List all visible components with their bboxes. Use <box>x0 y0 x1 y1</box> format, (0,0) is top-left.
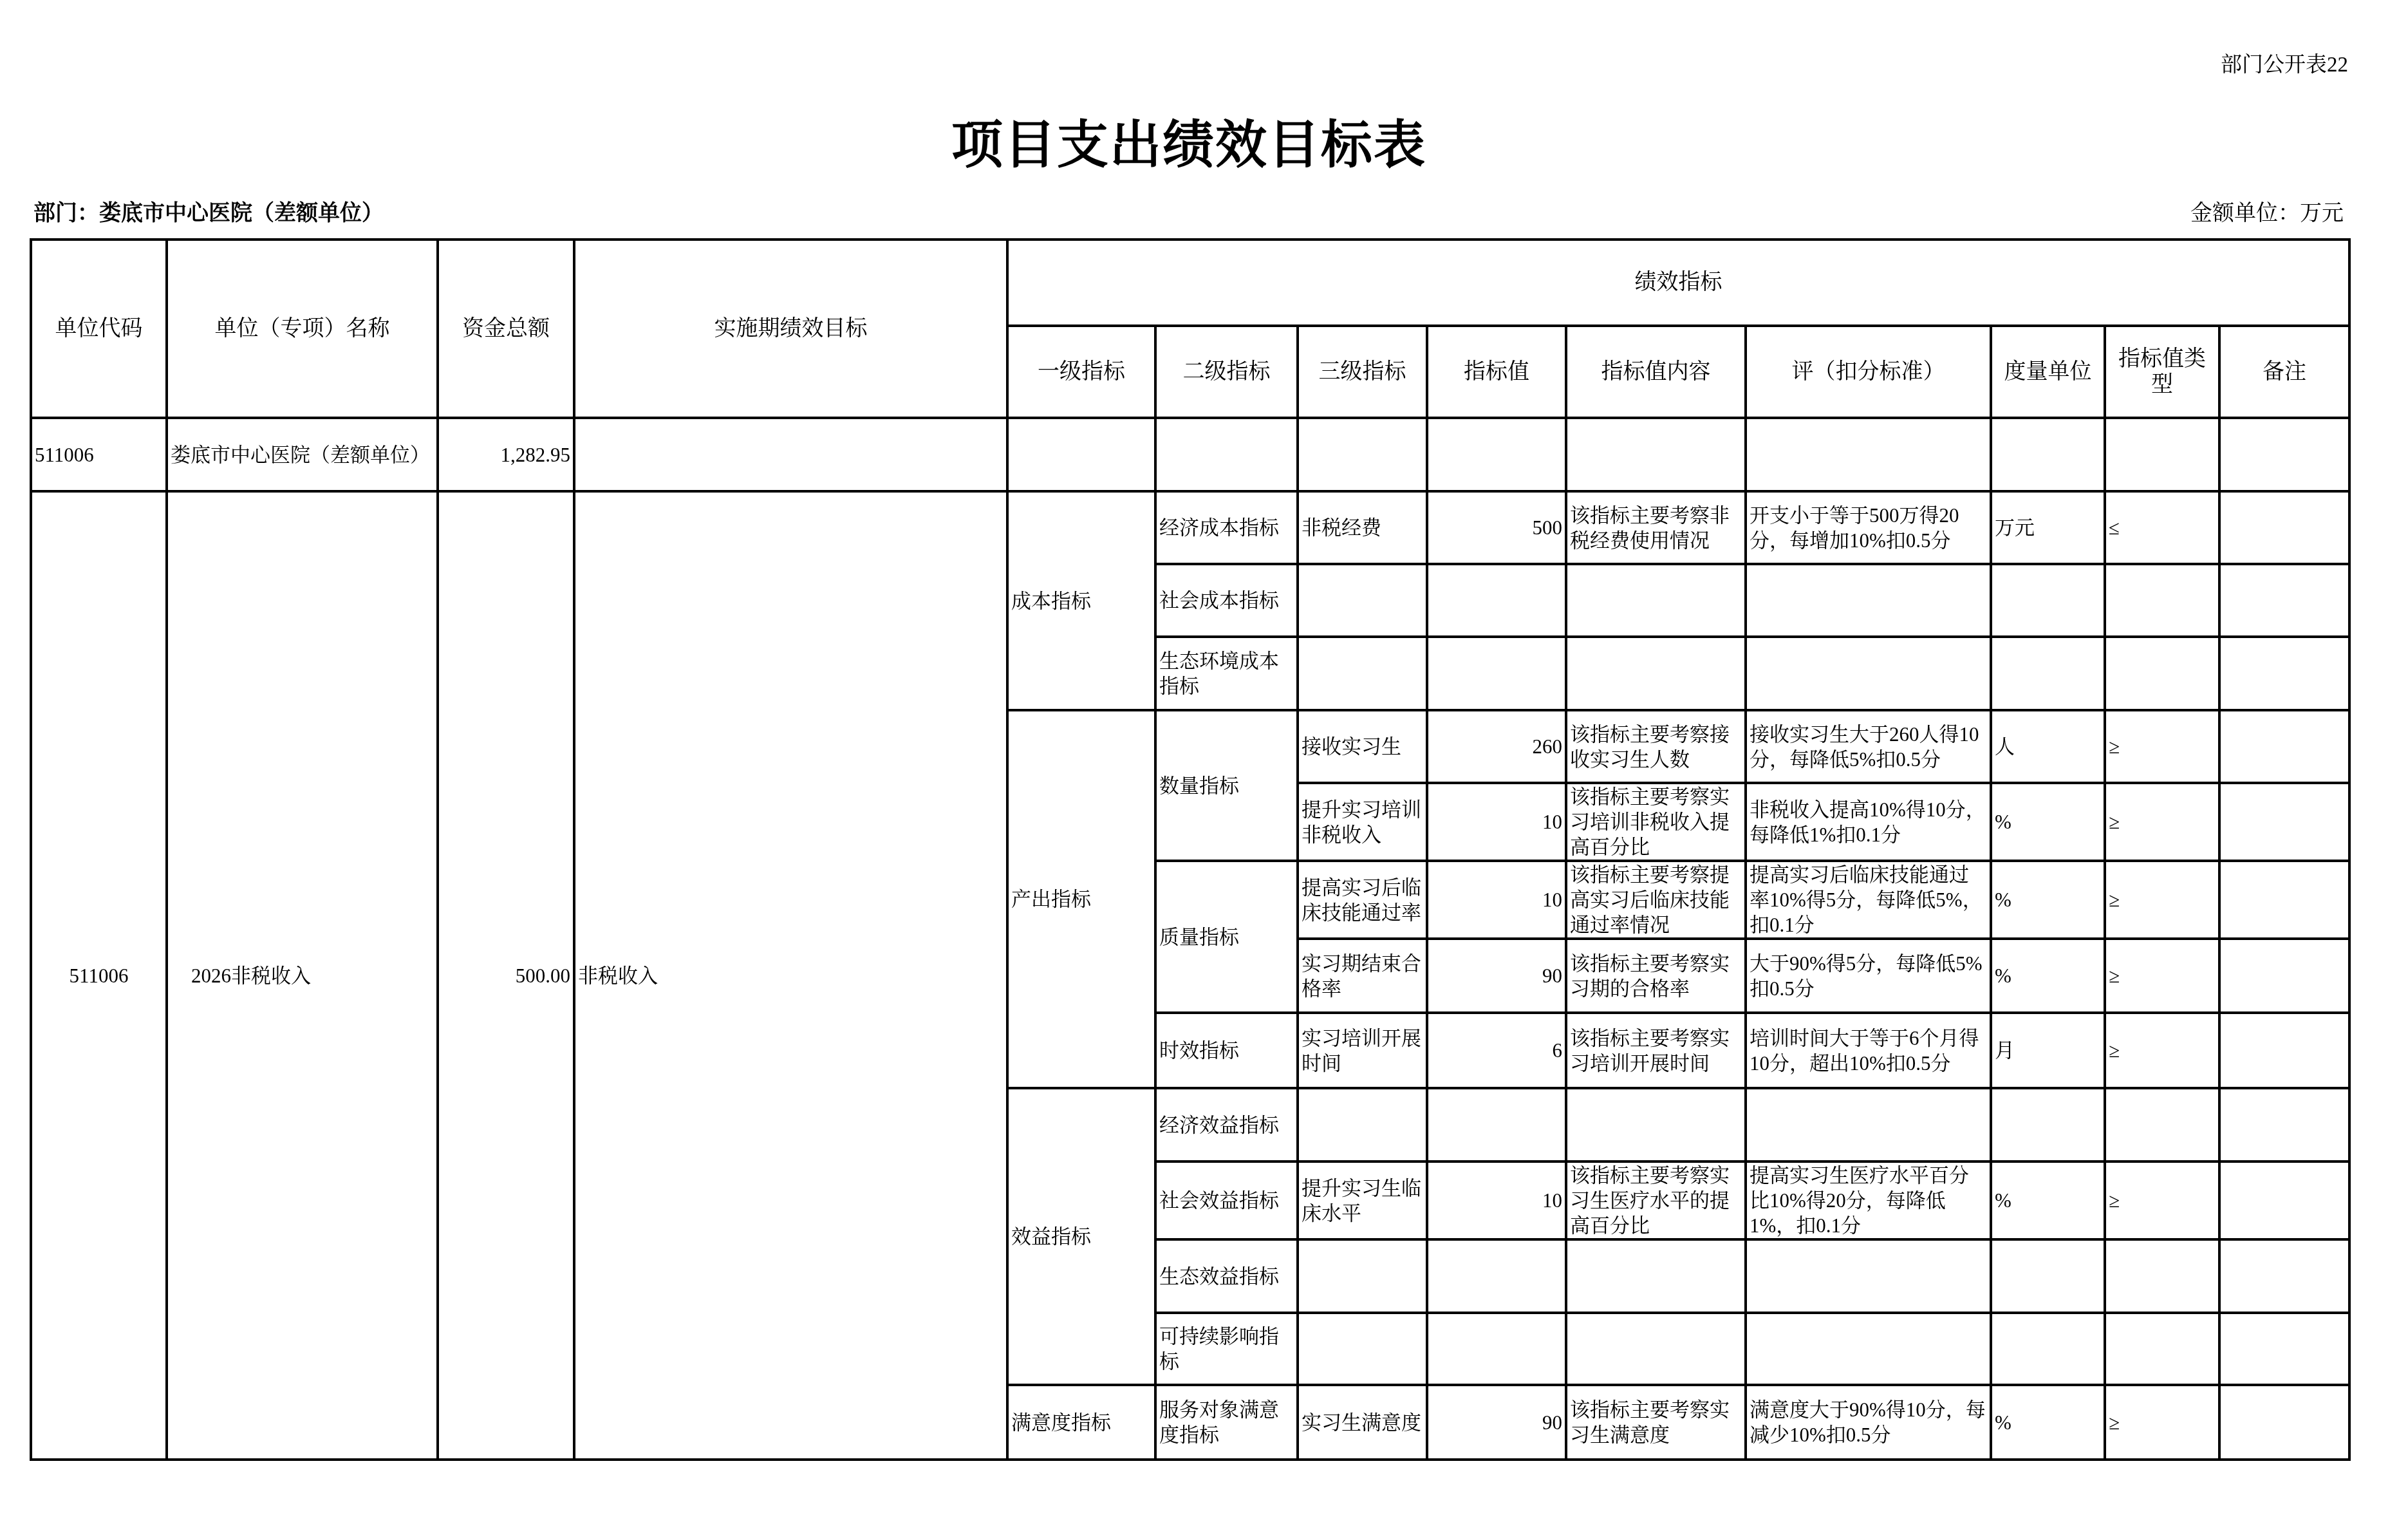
indicator-value: 10 <box>1427 861 1566 939</box>
summary-unit-name: 娄底市中心医院（差额单位） <box>167 418 438 491</box>
table-row: 511006 2026非税收入 500.00 非税收入 成本指标 经济成本指标 … <box>31 491 2349 564</box>
col-header-unit-code: 单位代码 <box>31 240 167 418</box>
indicator-content: 该指标主要考察接收实习生人数 <box>1566 710 1746 783</box>
level2-timeliness: 时效指标 <box>1155 1013 1298 1088</box>
indicator-value <box>1427 1239 1566 1313</box>
scoring-standard <box>1746 1088 1991 1162</box>
summary-empty-cell <box>1427 418 1566 491</box>
measure-unit: % <box>1991 939 2105 1013</box>
scoring-standard: 大于90%得5分，每降低5%扣0.5分 <box>1746 939 1991 1013</box>
level1-satisfaction: 满意度指标 <box>1007 1385 1155 1460</box>
project-name: 2026非税收入 <box>167 491 438 1460</box>
performance-table: 单位代码 单位（专项）名称 资金总额 实施期绩效目标 绩效指标 一级指标 二级指… <box>30 238 2351 1461</box>
scoring-standard <box>1746 1239 1991 1313</box>
measure-unit <box>1991 637 2105 710</box>
level2-sustainability: 可持续影响指标 <box>1155 1313 1298 1385</box>
value-type <box>2105 564 2219 637</box>
value-type: ≥ <box>2105 861 2219 939</box>
value-type: ≥ <box>2105 1162 2219 1239</box>
scoring-standard <box>1746 1313 1991 1385</box>
scoring-standard: 满意度大于90%得10分，每减少10%扣0.5分 <box>1746 1385 1991 1460</box>
project-period-goal: 非税收入 <box>574 491 1007 1460</box>
indicator-value <box>1427 1088 1566 1162</box>
summary-empty-cell <box>1566 418 1746 491</box>
col-header-indicator-value: 指标值 <box>1427 326 1566 418</box>
indicator-value: 10 <box>1427 1162 1566 1239</box>
col-header-measure-unit: 度量单位 <box>1991 326 2105 418</box>
level2-service-satisfaction: 服务对象满意度指标 <box>1155 1385 1298 1460</box>
scoring-standard <box>1746 637 1991 710</box>
measure-unit <box>1991 564 2105 637</box>
level2-ecological-cost: 生态环境成本指标 <box>1155 637 1298 710</box>
col-header-period-goal: 实施期绩效目标 <box>574 240 1007 418</box>
measure-unit <box>1991 1239 2105 1313</box>
scoring-standard: 开支小于等于500万得20分，每增加10%扣0.5分 <box>1746 491 1991 564</box>
level3-cell: 接收实习生 <box>1298 710 1427 783</box>
indicator-content: 该指标主要考察实习生满意度 <box>1566 1385 1746 1460</box>
indicator-content: 该指标主要考察实习培训开展时间 <box>1566 1013 1746 1088</box>
col-header-level2: 二级指标 <box>1155 326 1298 418</box>
level3-cell: 提高实习后临床技能通过率 <box>1298 861 1427 939</box>
summary-empty-cell <box>2219 418 2349 491</box>
level3-cell <box>1298 1239 1427 1313</box>
indicator-content <box>1566 564 1746 637</box>
level2-quality: 质量指标 <box>1155 861 1298 1013</box>
summary-period-goal <box>574 418 1007 491</box>
indicator-value: 10 <box>1427 783 1566 861</box>
level3-cell: 提升实习生临床水平 <box>1298 1162 1427 1239</box>
remarks <box>2219 861 2349 939</box>
value-type <box>2105 1088 2219 1162</box>
summary-unit-code: 511006 <box>31 418 167 491</box>
measure-unit: % <box>1991 1162 2105 1239</box>
col-header-indicator-content: 指标值内容 <box>1566 326 1746 418</box>
indicator-content: 该指标主要考察实习培训非税收入提高百分比 <box>1566 783 1746 861</box>
col-header-level1: 一级指标 <box>1007 326 1155 418</box>
col-header-level3: 三级指标 <box>1298 326 1427 418</box>
remarks <box>2219 1385 2349 1460</box>
indicator-content: 该指标主要考察实习期的合格率 <box>1566 939 1746 1013</box>
remarks <box>2219 1088 2349 1162</box>
value-type: ≥ <box>2105 783 2219 861</box>
indicator-value: 500 <box>1427 491 1566 564</box>
remarks <box>2219 1013 2349 1088</box>
value-type <box>2105 1313 2219 1385</box>
indicator-value: 90 <box>1427 939 1566 1013</box>
indicator-content <box>1566 1239 1746 1313</box>
col-header-scoring: 评（扣分标准） <box>1746 326 1991 418</box>
scoring-standard <box>1746 564 1991 637</box>
scoring-standard: 非税收入提高10%得10分，每降低1%扣0.1分 <box>1746 783 1991 861</box>
col-header-total-funds: 资金总额 <box>438 240 574 418</box>
measure-unit: 月 <box>1991 1013 2105 1088</box>
value-type: ≤ <box>2105 491 2219 564</box>
amount-unit-label: 金额单位：万元 <box>2190 195 2344 227</box>
indicator-value <box>1427 637 1566 710</box>
level2-social-benefit: 社会效益指标 <box>1155 1162 1298 1239</box>
measure-unit <box>1991 1088 2105 1162</box>
measure-unit: % <box>1991 861 2105 939</box>
measure-unit: 万元 <box>1991 491 2105 564</box>
level3-cell <box>1298 564 1427 637</box>
value-type <box>2105 637 2219 710</box>
summary-empty-cell <box>1746 418 1991 491</box>
col-header-remarks: 备注 <box>2219 326 2349 418</box>
level2-economic-benefit: 经济效益指标 <box>1155 1088 1298 1162</box>
indicator-value: 90 <box>1427 1385 1566 1460</box>
scoring-standard: 提高实习后临床技能通过率10%得5分，每降低5%，扣0.1分 <box>1746 861 1991 939</box>
value-type: ≥ <box>2105 710 2219 783</box>
measure-unit: % <box>1991 1385 2105 1460</box>
measure-unit: 人 <box>1991 710 2105 783</box>
remarks <box>2219 1162 2349 1239</box>
level1-cost: 成本指标 <box>1007 491 1155 710</box>
level2-economic-cost: 经济成本指标 <box>1155 491 1298 564</box>
project-unit-code: 511006 <box>31 491 167 1460</box>
level3-cell: 实习期结束合格率 <box>1298 939 1427 1013</box>
scoring-standard: 培训时间大于等于6个月得10分，超出10%扣0.5分 <box>1746 1013 1991 1088</box>
remarks <box>2219 564 2349 637</box>
remarks <box>2219 1313 2349 1385</box>
summary-empty-cell <box>2105 418 2219 491</box>
summary-empty-cell <box>1155 418 1298 491</box>
scoring-standard: 提高实习生医疗水平百分比10%得20分，每降低1%，扣0.1分 <box>1746 1162 1991 1239</box>
indicator-content <box>1566 637 1746 710</box>
col-header-performance-indicators: 绩效指标 <box>1007 240 2349 326</box>
measure-unit <box>1991 1313 2105 1385</box>
measure-unit: % <box>1991 783 2105 861</box>
remarks <box>2219 637 2349 710</box>
remarks <box>2219 783 2349 861</box>
level2-ecological-benefit: 生态效益指标 <box>1155 1239 1298 1313</box>
indicator-content <box>1566 1313 1746 1385</box>
indicator-value: 260 <box>1427 710 1566 783</box>
level1-benefit: 效益指标 <box>1007 1088 1155 1385</box>
value-type: ≥ <box>2105 1013 2219 1088</box>
level3-cell <box>1298 1313 1427 1385</box>
indicator-content: 该指标主要考察提高实习后临床技能通过率情况 <box>1566 861 1746 939</box>
indicator-value <box>1427 1313 1566 1385</box>
summary-empty-cell <box>1298 418 1427 491</box>
level3-cell <box>1298 1088 1427 1162</box>
scoring-standard: 接收实习生大于260人得10分，每降低5%扣0.5分 <box>1746 710 1991 783</box>
col-header-value-type: 指标值类型 <box>2105 326 2219 418</box>
value-type <box>2105 1239 2219 1313</box>
level3-cell: 实习生满意度 <box>1298 1385 1427 1460</box>
remarks <box>2219 491 2349 564</box>
project-total-funds: 500.00 <box>438 491 574 1460</box>
summary-total-funds: 1,282.95 <box>438 418 574 491</box>
level3-cell: 非税经费 <box>1298 491 1427 564</box>
indicator-content: 该指标主要考察非税经费使用情况 <box>1566 491 1746 564</box>
summary-empty-cell <box>1991 418 2105 491</box>
value-type: ≥ <box>2105 1385 2219 1460</box>
level1-output: 产出指标 <box>1007 710 1155 1088</box>
level2-quantity: 数量指标 <box>1155 710 1298 861</box>
value-type: ≥ <box>2105 939 2219 1013</box>
department-label: 部门：娄底市中心医院（差额单位） <box>33 195 384 227</box>
remarks <box>2219 710 2349 783</box>
level2-social-cost: 社会成本指标 <box>1155 564 1298 637</box>
level3-cell: 实习培训开展时间 <box>1298 1013 1427 1088</box>
indicator-content <box>1566 1088 1746 1162</box>
page-title: 项目支出绩效目标表 <box>0 103 2378 177</box>
indicator-value: 6 <box>1427 1013 1566 1088</box>
level3-cell: 提升实习培训非税收入 <box>1298 783 1427 861</box>
remarks <box>2219 939 2349 1013</box>
indicator-content: 该指标主要考察实习生医疗水平的提高百分比 <box>1566 1162 1746 1239</box>
col-header-unit-name: 单位（专项）名称 <box>167 240 438 418</box>
form-number: 部门公开表22 <box>2221 48 2348 78</box>
level3-cell <box>1298 637 1427 710</box>
summary-empty-cell <box>1007 418 1155 491</box>
indicator-value <box>1427 564 1566 637</box>
summary-row: 511006 娄底市中心医院（差额单位） 1,282.95 <box>31 418 2349 491</box>
remarks <box>2219 1239 2349 1313</box>
